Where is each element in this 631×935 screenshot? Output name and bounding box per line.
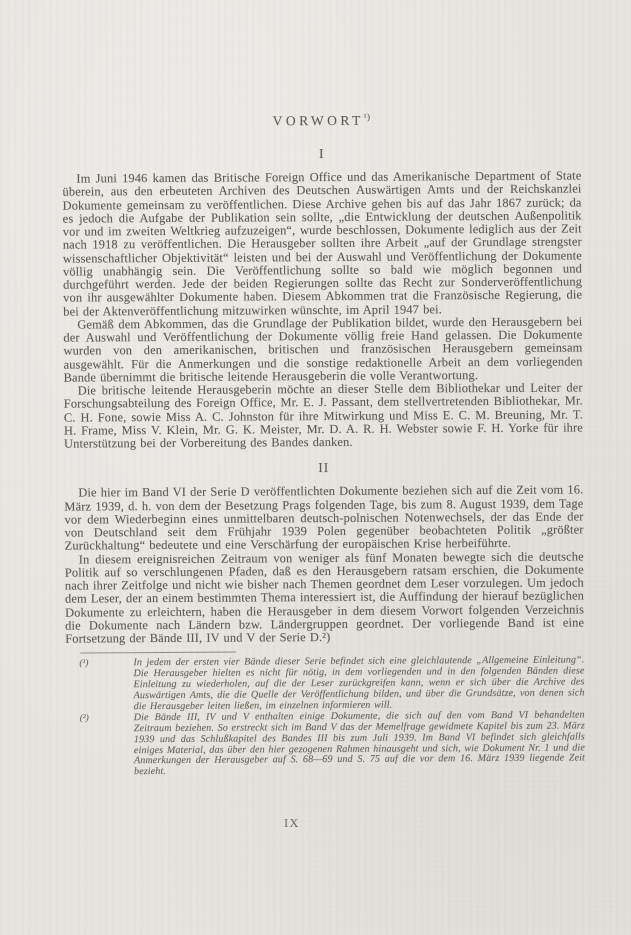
footnote-marker: (²) — [66, 713, 134, 724]
text-column: VORWORT¹) I Im Juni 1946 kamen das Briti… — [62, 110, 585, 778]
page-title-text: VORWORT — [273, 113, 364, 129]
footnote-text: Die Bände III, IV und V enthalten einige… — [134, 710, 585, 778]
page-number: IX — [232, 816, 352, 832]
footnote-2: (²) Die Bände III, IV und V enthalten ei… — [66, 710, 585, 779]
section-numeral-1: I — [62, 144, 581, 163]
footnote-text: In jedem der ersten vier Bände dieser Se… — [133, 656, 584, 713]
paragraph: Die britische leitende Herausgeberin möc… — [64, 381, 583, 450]
footnotes-block: (¹) In jedem der ersten vier Bände diese… — [65, 656, 585, 779]
paragraph: In diesem ereignisreichen Zeitraum von w… — [65, 550, 585, 646]
section-numeral-2: II — [64, 459, 583, 478]
scanned-book-page: VORWORT¹) I Im Juni 1946 kamen das Briti… — [0, 0, 631, 935]
section-1-body: Im Juni 1946 kamen das Britische Foreign… — [62, 169, 583, 450]
paragraph: Im Juni 1946 kamen das Britische Foreign… — [62, 169, 582, 318]
page-title: VORWORT¹) — [62, 110, 581, 130]
paragraph: Gemäß dem Abkommen, das die Grundlage de… — [63, 315, 582, 384]
heading-footnote-reference: ¹) — [364, 112, 371, 122]
footnote-marker: (¹) — [65, 658, 133, 669]
footnote-separator-rule — [80, 652, 236, 654]
section-2-body: Die hier im Band VI der Serie D veröffen… — [64, 484, 584, 646]
paragraph: Die hier im Band VI der Serie D veröffen… — [64, 484, 583, 553]
footnote-1: (¹) In jedem der ersten vier Bände diese… — [65, 656, 584, 714]
